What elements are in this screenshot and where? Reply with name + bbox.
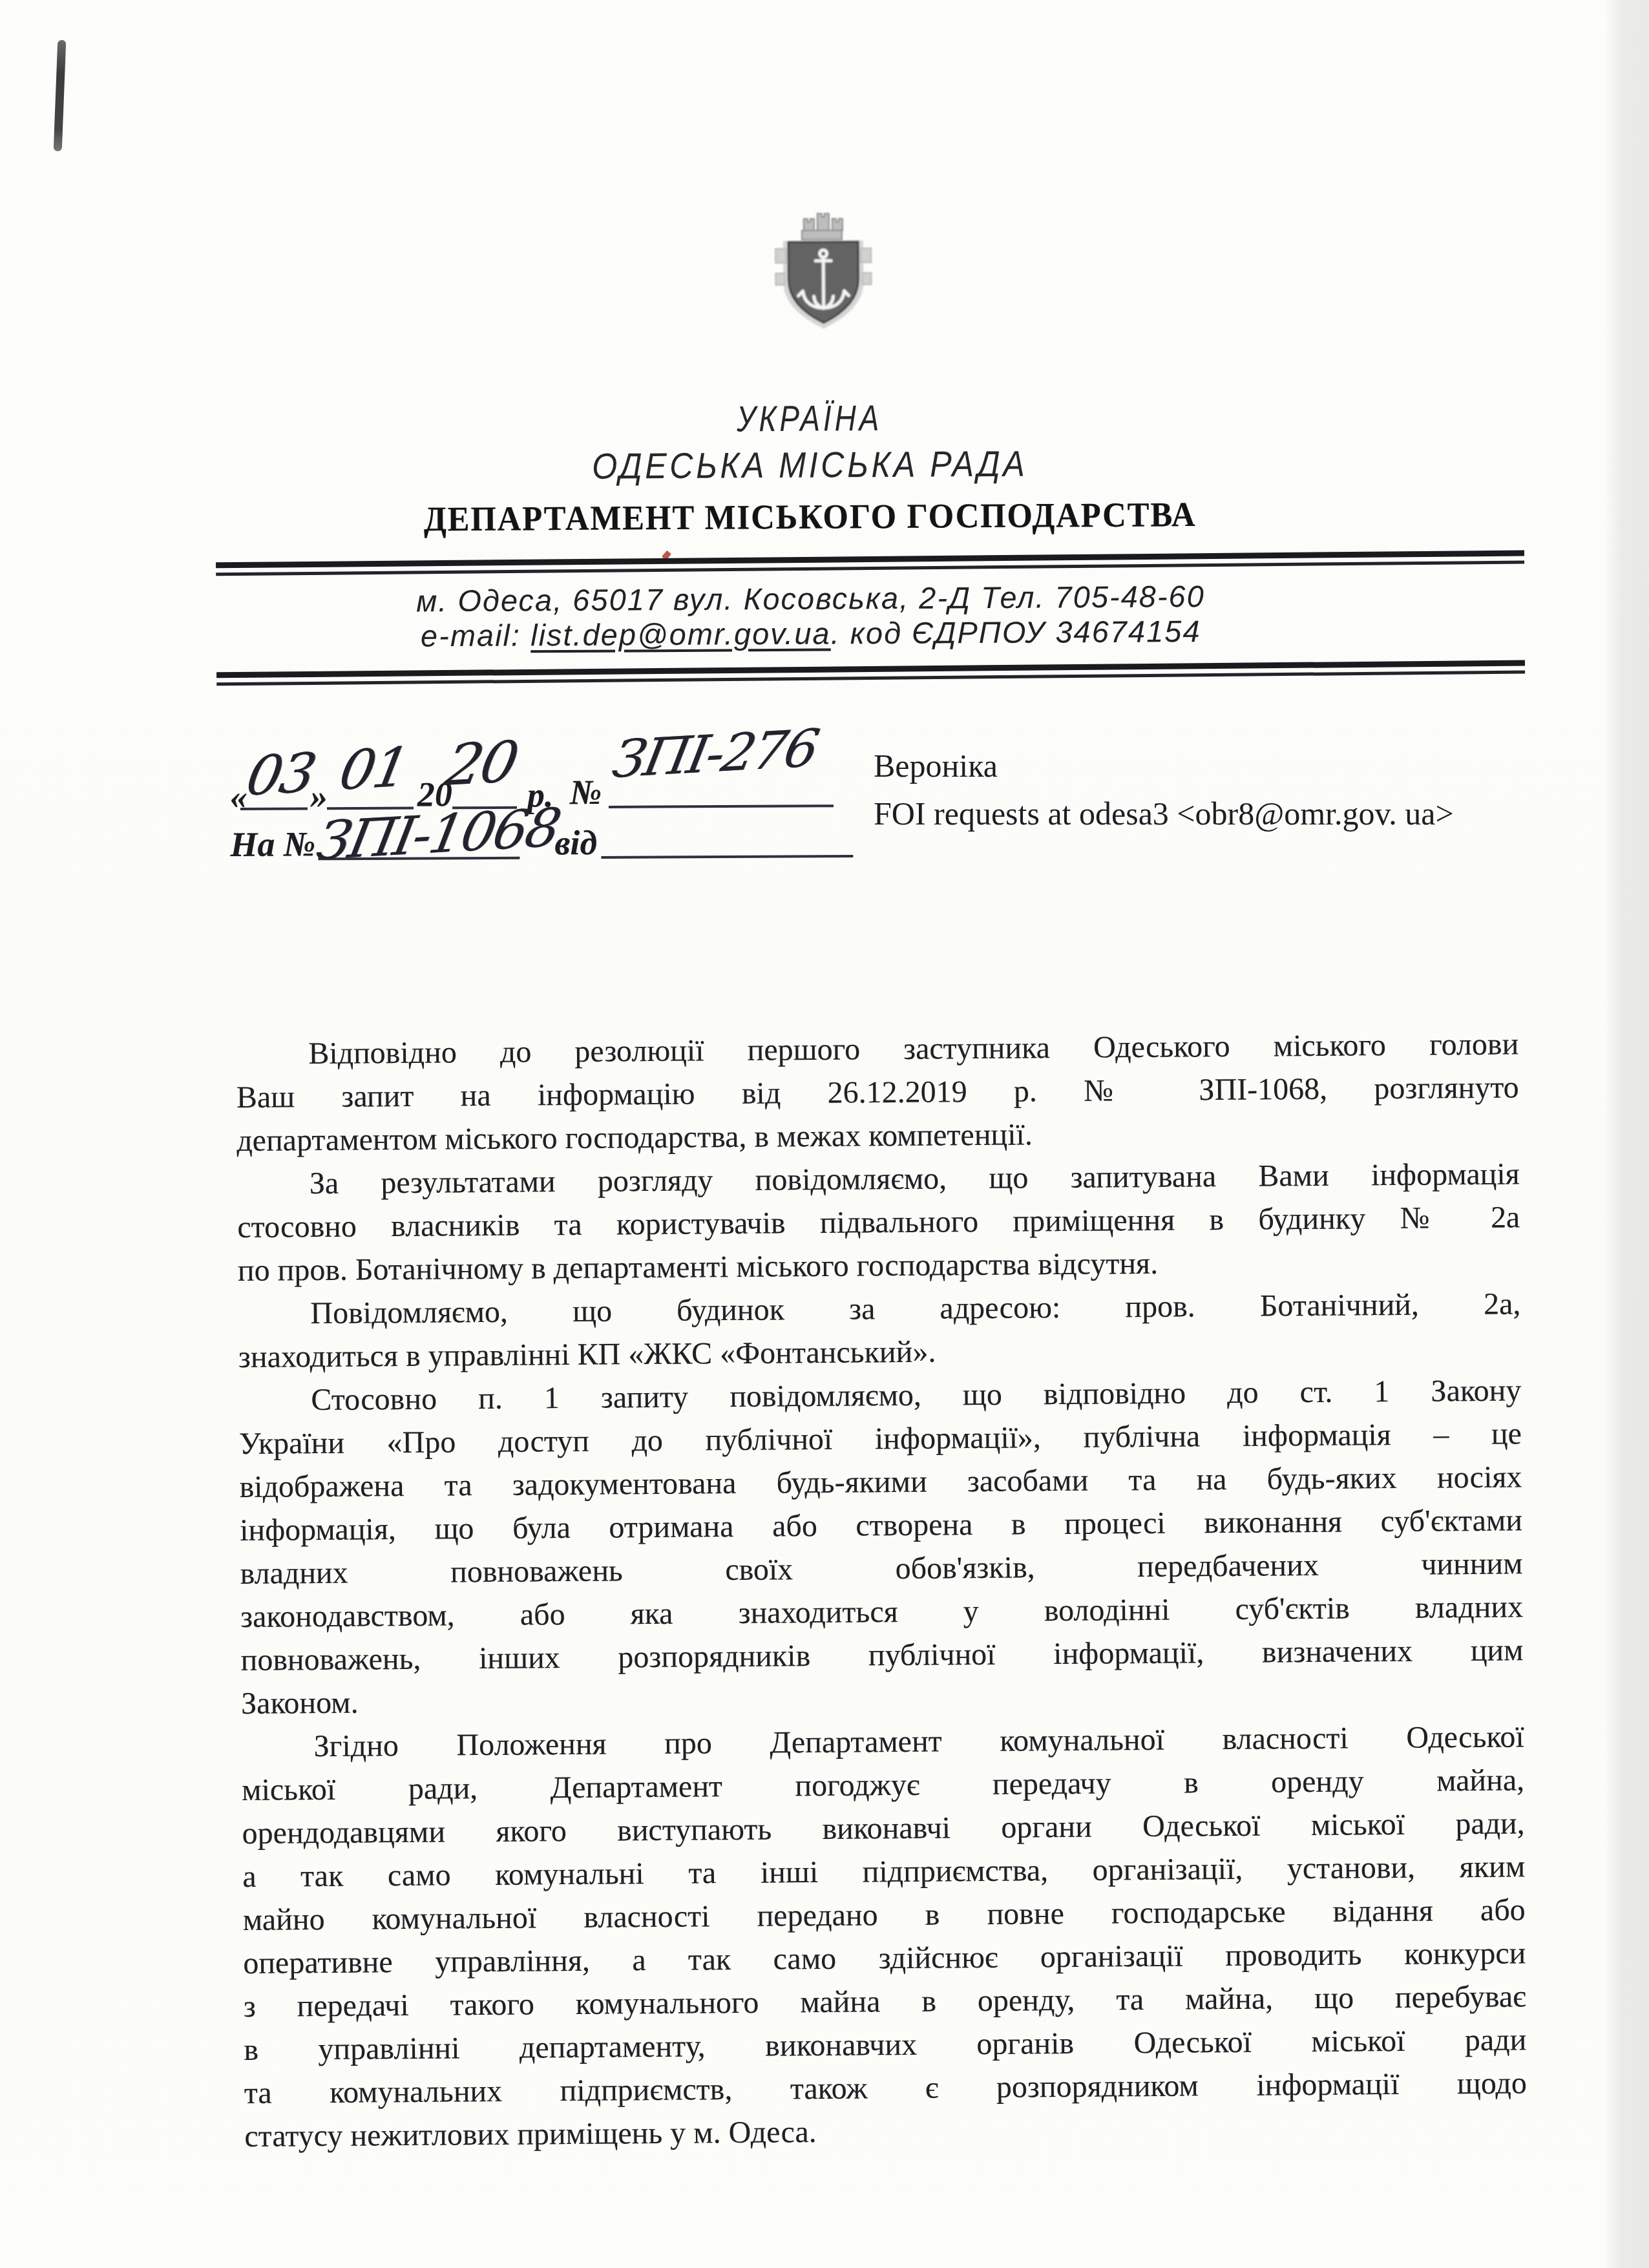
council-title: ОДЕСЬКА МІСЬКА РАДА bbox=[81, 439, 1539, 490]
body-line: статусу нежитлових приміщень у м. Одеса. bbox=[244, 2105, 1527, 2158]
email-address: list.dep@omr.gov.ua bbox=[530, 616, 831, 653]
handwritten-day: 03 bbox=[242, 741, 320, 808]
scanned-letter-page: УКРАЇНА ОДЕСЬКА МІСЬКА РАДА ДЕПАРТАМЕНТ … bbox=[0, 0, 1649, 2268]
recipient-block: Вероніка FOI requests at odesa3 <obr8@om… bbox=[874, 747, 1454, 832]
department-title: ДЕПАРТАМЕНТ МІСЬКОГО ГОСПОДАРСТВА bbox=[49, 492, 1571, 541]
handwritten-year: 20 bbox=[440, 728, 522, 799]
incoming-label: На № bbox=[230, 824, 315, 865]
handwritten-outgoing-number: ЗПІ-276 bbox=[608, 718, 822, 790]
email-label: e-mail: bbox=[421, 618, 530, 653]
number-sign: № bbox=[570, 772, 602, 812]
outgoing-number-underline bbox=[609, 804, 834, 808]
reference-block: « 03 » 01 20 20 р. № ЗПІ-276 На № ЗПІ-10… bbox=[0, 0, 1646, 169]
country-title: УКРАЇНА bbox=[145, 393, 1473, 443]
edrpou-code: . код ЄДРПОУ 34674154 bbox=[830, 614, 1201, 650]
double-rule-top bbox=[216, 551, 1524, 576]
odesa-coat-of-arms-icon bbox=[772, 211, 876, 334]
double-rule-bottom bbox=[216, 660, 1525, 686]
recipient-name: Вероніка bbox=[874, 747, 1454, 784]
day-underline bbox=[240, 807, 308, 810]
scan-edge-shadow bbox=[1604, 0, 1649, 2268]
body-text: Відповідно до резолюції першого заступни… bbox=[236, 1022, 1528, 2158]
recipient-email-line: FOI requests at odesa3 <obr8@omr.gov. ua… bbox=[874, 795, 1454, 832]
handwritten-month: 01 bbox=[335, 735, 413, 803]
from-date-underline bbox=[601, 855, 853, 859]
from-label: від bbox=[554, 823, 597, 863]
